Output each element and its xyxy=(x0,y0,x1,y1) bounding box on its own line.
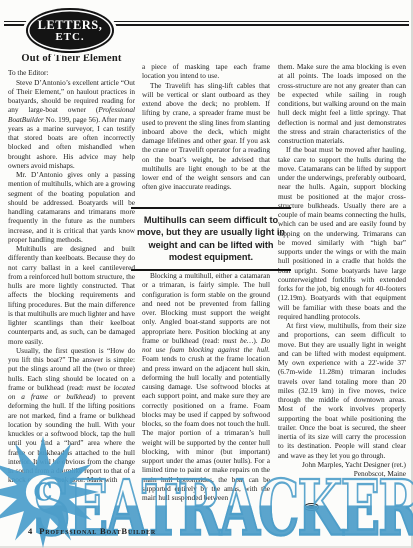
column-1-text: To the Editor:Steve D’Antonio’s excellen… xyxy=(8,68,135,484)
column-1: Out of Their Element To the Editor:Steve… xyxy=(8,54,135,524)
article-title: Out of Their Element xyxy=(8,54,135,63)
column-2-bottom: Blocking a multihull, either a catamaran… xyxy=(142,271,270,548)
page-number: 4 xyxy=(28,526,32,536)
letters-etc-badge: LETTERS, ETC. xyxy=(26,8,114,53)
magazine-page: LETTERS, ETC. Out of Their Element To th… xyxy=(0,0,413,548)
badge-line2: ETC. xyxy=(55,32,84,43)
column-2-top: a piece of masking tape each frame locat… xyxy=(142,62,270,207)
pull-quote: Multihulls can seem difficult to move, b… xyxy=(131,207,291,271)
page-footer: 4 Professional BoatBuilder xyxy=(28,526,156,536)
badge-line1: LETTERS, xyxy=(38,19,103,32)
end-of-article-icon xyxy=(304,503,319,511)
magazine-name: Professional BoatBuilder xyxy=(39,526,156,536)
column-3: them. Make sure the ama blocking is even… xyxy=(278,62,406,514)
